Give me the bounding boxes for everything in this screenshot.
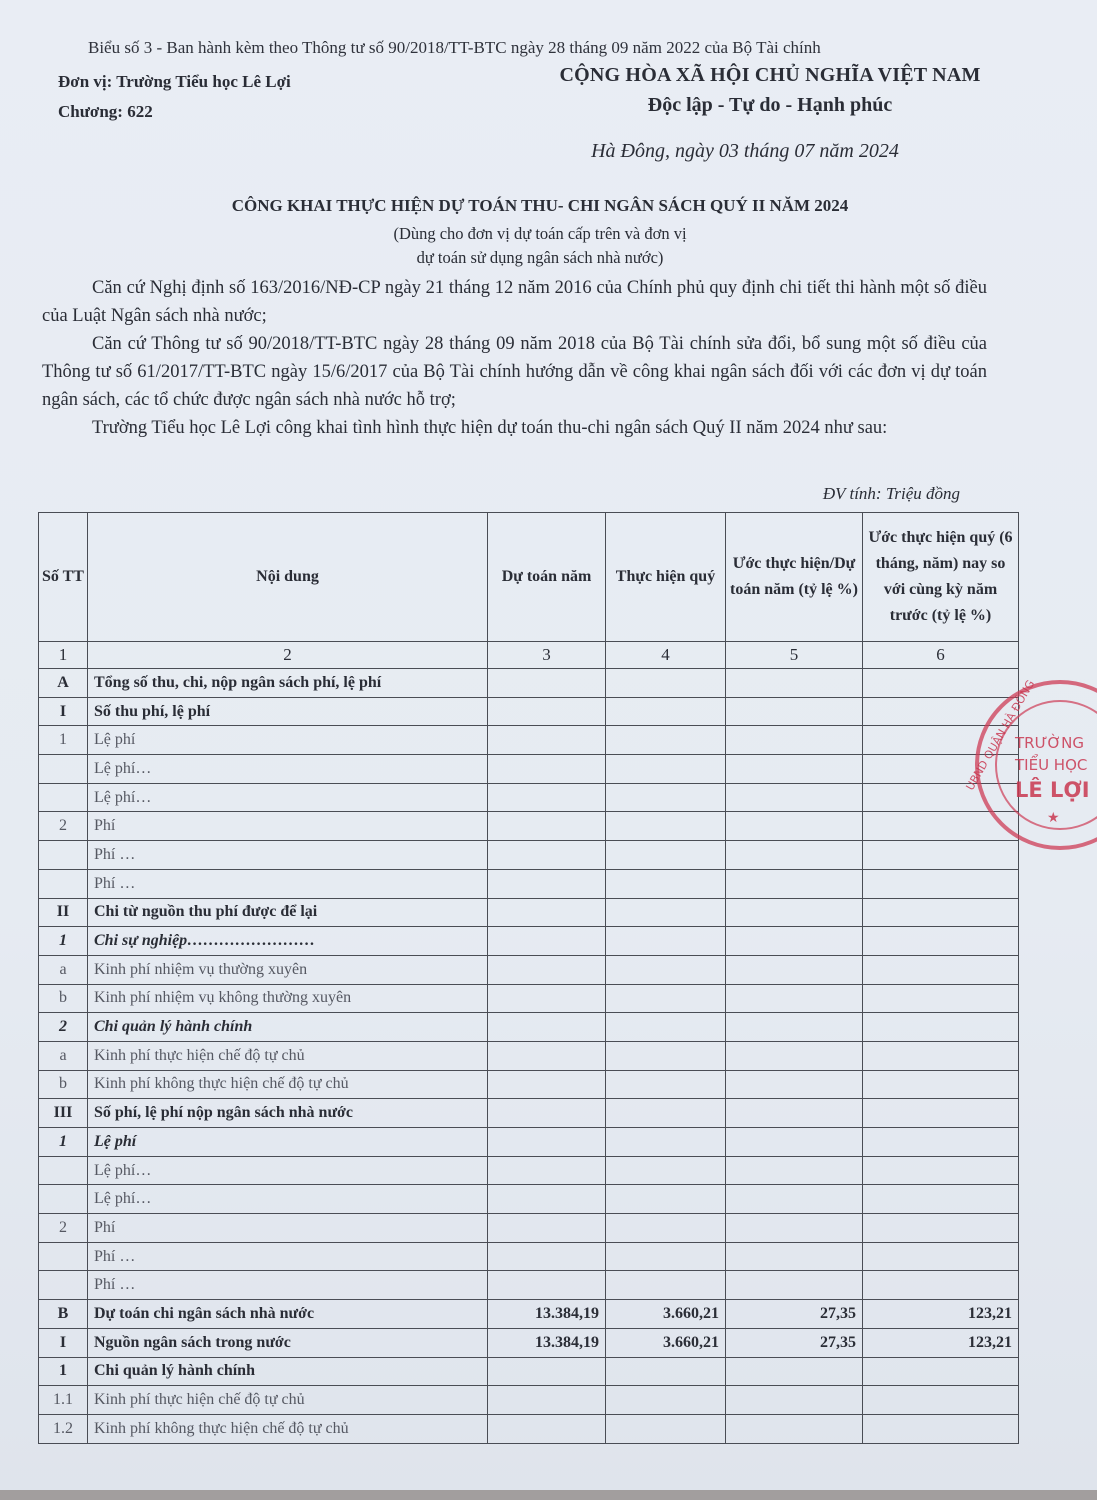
quarter-actual-cell <box>606 1041 726 1070</box>
annual-estimate-cell <box>488 1271 606 1300</box>
table-row: ATổng số thu, chi, nộp ngân sách phí, lệ… <box>39 669 1019 698</box>
row-content-cell: Phí <box>88 1214 488 1243</box>
annual-estimate-cell <box>488 1041 606 1070</box>
ratio-prior-year-cell <box>863 841 1019 870</box>
table-row: IIISố phí, lệ phí nộp ngân sách nhà nước <box>39 1099 1019 1128</box>
ratio-prior-year-cell <box>863 869 1019 898</box>
annual-estimate-cell: 13.384,19 <box>488 1328 606 1357</box>
table-row: ISố thu phí, lệ phí <box>39 697 1019 726</box>
row-number-cell: 2 <box>39 1013 88 1042</box>
table-row: 1Chi sự nghiệp…………………… <box>39 927 1019 956</box>
ratio-estimate-cell <box>726 1386 863 1415</box>
table-row: 2Chi quản lý hành chính <box>39 1013 1019 1042</box>
row-number-cell: III <box>39 1099 88 1128</box>
ratio-prior-year-cell <box>863 1099 1019 1128</box>
ratio-prior-year-cell <box>863 1242 1019 1271</box>
column-number: 2 <box>88 642 488 669</box>
table-row: Lệ phí… <box>39 1185 1019 1214</box>
quarter-actual-cell <box>606 927 726 956</box>
quarter-actual-cell <box>606 869 726 898</box>
row-content-cell: Chi từ nguồn thu phí được để lại <box>88 898 488 927</box>
row-number-cell: b <box>39 1070 88 1099</box>
unit-of-measure-note: ĐV tính: Triệu đồng <box>760 484 960 504</box>
ratio-prior-year-cell <box>863 955 1019 984</box>
ratio-estimate-cell <box>726 1099 863 1128</box>
row-number-cell <box>39 1242 88 1271</box>
ratio-prior-year-cell <box>863 1357 1019 1386</box>
row-content-cell: Lệ phí… <box>88 1185 488 1214</box>
table-row: Phí … <box>39 1242 1019 1271</box>
column-header-annual-estimate: Dự toán năm <box>488 513 606 642</box>
row-number-cell <box>39 1271 88 1300</box>
annual-estimate-cell <box>488 1185 606 1214</box>
quarter-actual-cell <box>606 812 726 841</box>
ratio-prior-year-cell <box>863 1271 1019 1300</box>
table-body: ATổng số thu, chi, nộp ngân sách phí, lệ… <box>39 669 1019 1444</box>
quarter-actual-cell <box>606 783 726 812</box>
ratio-estimate-cell <box>726 1128 863 1157</box>
ratio-estimate-cell <box>726 669 863 698</box>
row-content-cell: Kinh phí thực hiện chế độ tự chủ <box>88 1041 488 1070</box>
column-number: 6 <box>863 642 1019 669</box>
column-header-quarter-actual: Thực hiện quý <box>606 513 726 642</box>
ratio-estimate-cell <box>726 898 863 927</box>
quarter-actual-cell <box>606 726 726 755</box>
row-number-cell: II <box>39 898 88 927</box>
annual-estimate-cell <box>488 1386 606 1415</box>
ratio-estimate-cell <box>726 1041 863 1070</box>
column-number: 4 <box>606 642 726 669</box>
table-row: bKinh phí không thực hiện chế độ tự chủ <box>39 1070 1019 1099</box>
row-content-cell: Lệ phí… <box>88 783 488 812</box>
row-content-cell: Phí … <box>88 869 488 898</box>
ratio-estimate-cell <box>726 1271 863 1300</box>
legal-basis-paragraph-1: Căn cứ Nghị định số 163/2016/NĐ-CP ngày … <box>42 274 987 330</box>
row-number-cell: b <box>39 984 88 1013</box>
row-number-cell <box>39 1156 88 1185</box>
column-number-row: 1 2 3 4 5 6 <box>39 642 1019 669</box>
ratio-prior-year-cell <box>863 1070 1019 1099</box>
ratio-prior-year-cell <box>863 1128 1019 1157</box>
annual-estimate-cell <box>488 669 606 698</box>
annual-estimate-cell <box>488 869 606 898</box>
quarter-actual-cell <box>606 1128 726 1157</box>
ratio-estimate-cell <box>726 697 863 726</box>
chapter-code: Chương: 622 <box>58 102 153 122</box>
ratio-estimate-cell <box>726 869 863 898</box>
row-content-cell: Phí … <box>88 841 488 870</box>
star-icon: ★ <box>1047 810 1060 827</box>
row-number-cell <box>39 869 88 898</box>
row-content-cell: Kinh phí thực hiện chế độ tự chủ <box>88 1386 488 1415</box>
ratio-estimate-cell <box>726 812 863 841</box>
annual-estimate-cell <box>488 1128 606 1157</box>
annual-estimate-cell <box>488 1214 606 1243</box>
row-content-cell: Lệ phí <box>88 726 488 755</box>
annual-estimate-cell <box>488 1070 606 1099</box>
ratio-prior-year-cell <box>863 1386 1019 1415</box>
row-number-cell: a <box>39 1041 88 1070</box>
ratio-estimate-cell <box>726 984 863 1013</box>
column-header-ratio-prior-year: Ước thực hiện quý (6 tháng, năm) nay so … <box>863 513 1019 642</box>
table-row: 2Phí <box>39 1214 1019 1243</box>
row-content-cell: Kinh phí nhiệm vụ không thường xuyên <box>88 984 488 1013</box>
table-row: Phí … <box>39 1271 1019 1300</box>
ratio-estimate-cell <box>726 1156 863 1185</box>
table-row: 1Chi quản lý hành chính <box>39 1357 1019 1386</box>
ratio-prior-year-cell <box>863 898 1019 927</box>
stamp-line-3: LÊ LỢI <box>1015 778 1090 802</box>
ratio-estimate-cell <box>726 783 863 812</box>
quarter-actual-cell <box>606 1214 726 1243</box>
quarter-actual-cell <box>606 1099 726 1128</box>
table-row: Lệ phí… <box>39 1156 1019 1185</box>
quarter-actual-cell <box>606 955 726 984</box>
column-number: 5 <box>726 642 863 669</box>
row-number-cell: 2 <box>39 812 88 841</box>
quarter-actual-cell <box>606 1242 726 1271</box>
place-date: Hà Đông, ngày 03 tháng 07 năm 2024 <box>520 140 970 163</box>
row-content-cell: Phí <box>88 812 488 841</box>
table-row: aKinh phí thực hiện chế độ tự chủ <box>39 1041 1019 1070</box>
stamp-line-2: TIỂU HỌC <box>1015 756 1087 774</box>
column-number: 1 <box>39 642 88 669</box>
ratio-prior-year-cell <box>863 927 1019 956</box>
quarter-actual-cell <box>606 898 726 927</box>
annual-estimate-cell <box>488 984 606 1013</box>
row-content-cell: Số thu phí, lệ phí <box>88 697 488 726</box>
column-number: 3 <box>488 642 606 669</box>
annual-estimate-cell <box>488 783 606 812</box>
ratio-estimate-cell <box>726 927 863 956</box>
row-content-cell: Chi quản lý hành chính <box>88 1013 488 1042</box>
column-header-content: Nội dung <box>88 513 488 642</box>
quarter-actual-cell <box>606 697 726 726</box>
table-row: 1.1Kinh phí thực hiện chế độ tự chủ <box>39 1386 1019 1415</box>
quarter-actual-cell <box>606 1386 726 1415</box>
quarter-actual-cell <box>606 1070 726 1099</box>
row-number-cell: I <box>39 697 88 726</box>
table-row: 1.2Kinh phí không thực hiện chế độ tự ch… <box>39 1414 1019 1443</box>
form-reference-note: Biểu số 3 - Ban hành kèm theo Thông tư s… <box>88 38 821 58</box>
annual-estimate-cell <box>488 812 606 841</box>
annual-estimate-cell <box>488 1099 606 1128</box>
annual-estimate-cell <box>488 1156 606 1185</box>
annual-estimate-cell <box>488 755 606 784</box>
annual-estimate-cell <box>488 697 606 726</box>
table-row: bKinh phí nhiệm vụ không thường xuyên <box>39 984 1019 1013</box>
quarter-actual-cell <box>606 669 726 698</box>
row-content-cell: Lệ phí <box>88 1128 488 1157</box>
row-number-cell: 1 <box>39 927 88 956</box>
row-content-cell: Chi sự nghiệp…………………… <box>88 927 488 956</box>
row-number-cell: a <box>39 955 88 984</box>
row-content-cell: Kinh phí không thực hiện chế độ tự chủ <box>88 1070 488 1099</box>
ratio-prior-year-cell <box>863 669 1019 698</box>
row-content-cell: Tổng số thu, chi, nộp ngân sách phí, lệ … <box>88 669 488 698</box>
ratio-prior-year-cell: 123,21 <box>863 1300 1019 1329</box>
ratio-prior-year-cell <box>863 1041 1019 1070</box>
row-content-cell: Lệ phí… <box>88 755 488 784</box>
ratio-estimate-cell: 27,35 <box>726 1328 863 1357</box>
table-row: 1Lệ phí <box>39 1128 1019 1157</box>
row-number-cell: 1.2 <box>39 1414 88 1443</box>
row-number-cell <box>39 755 88 784</box>
ratio-estimate-cell <box>726 755 863 784</box>
row-content-cell: Phí … <box>88 1271 488 1300</box>
row-content-cell: Phí … <box>88 1242 488 1271</box>
table-row: Phí … <box>39 869 1019 898</box>
ratio-prior-year-cell <box>863 1214 1019 1243</box>
annual-estimate-cell <box>488 726 606 755</box>
quarter-actual-cell <box>606 1013 726 1042</box>
quarter-actual-cell: 3.660,21 <box>606 1300 726 1329</box>
row-content-cell: Dự toán chi ngân sách nhà nước <box>88 1300 488 1329</box>
row-number-cell <box>39 1185 88 1214</box>
ratio-estimate-cell <box>726 1214 863 1243</box>
row-number-cell <box>39 841 88 870</box>
quarter-actual-cell <box>606 1156 726 1185</box>
national-motto: Độc lập - Tự do - Hạnh phúc <box>520 94 1020 117</box>
ratio-prior-year-cell <box>863 1185 1019 1214</box>
table-row: IIChi từ nguồn thu phí được để lại <box>39 898 1019 927</box>
disclosure-paragraph: Trường Tiểu học Lê Lợi công khai tình hì… <box>42 414 987 442</box>
ratio-prior-year-cell: 123,21 <box>863 1328 1019 1357</box>
ratio-estimate-cell <box>726 1070 863 1099</box>
row-content-cell: Kinh phí nhiệm vụ thường xuyên <box>88 955 488 984</box>
quarter-actual-cell <box>606 755 726 784</box>
table-row: Phí … <box>39 841 1019 870</box>
table-row: Lệ phí… <box>39 755 1019 784</box>
table-row: Lệ phí… <box>39 783 1019 812</box>
annual-estimate-cell <box>488 1357 606 1386</box>
stamp-line-1: TRƯỜNG <box>1015 734 1084 752</box>
annual-estimate-cell <box>488 955 606 984</box>
ratio-estimate-cell <box>726 726 863 755</box>
row-number-cell: I <box>39 1328 88 1357</box>
table-row: INguồn ngân sách trong nước13.384,193.66… <box>39 1328 1019 1357</box>
ratio-prior-year-cell <box>863 1156 1019 1185</box>
annual-estimate-cell <box>488 1242 606 1271</box>
unit-name: Đơn vị: Trường Tiểu học Lê Lợi <box>58 72 291 92</box>
ratio-estimate-cell <box>726 1242 863 1271</box>
quarter-actual-cell <box>606 1185 726 1214</box>
annual-estimate-cell <box>488 898 606 927</box>
document-subtitle-line1: (Dùng cho đơn vị dự toán cấp trên và đơn… <box>60 224 1020 244</box>
ratio-prior-year-cell <box>863 984 1019 1013</box>
national-title: CỘNG HÒA XÃ HỘI CHỦ NGHĨA VIỆT NAM <box>520 64 1020 87</box>
budget-table: Số TT Nội dung Dự toán năm Thực hiện quý… <box>38 512 1019 1444</box>
row-content-cell: Nguồn ngân sách trong nước <box>88 1328 488 1357</box>
ratio-estimate-cell <box>726 1414 863 1443</box>
row-number-cell: B <box>39 1300 88 1329</box>
page-edge-shadow <box>0 1490 1097 1500</box>
ratio-estimate-cell: 27,35 <box>726 1300 863 1329</box>
quarter-actual-cell <box>606 1414 726 1443</box>
legal-basis-paragraph-2: Căn cứ Thông tư số 90/2018/TT-BTC ngày 2… <box>42 330 987 414</box>
table-row: aKinh phí nhiệm vụ thường xuyên <box>39 955 1019 984</box>
column-header-ratio-estimate: Ước thực hiện/Dự toán năm (tỷ lệ %) <box>726 513 863 642</box>
quarter-actual-cell: 3.660,21 <box>606 1328 726 1357</box>
table-row: 2Phí <box>39 812 1019 841</box>
row-number-cell: A <box>39 669 88 698</box>
document-subtitle-line2: dự toán sử dụng ngân sách nhà nước) <box>60 248 1020 268</box>
row-number-cell <box>39 783 88 812</box>
ratio-estimate-cell <box>726 1357 863 1386</box>
table-row: BDự toán chi ngân sách nhà nước13.384,19… <box>39 1300 1019 1329</box>
annual-estimate-cell <box>488 1414 606 1443</box>
quarter-actual-cell <box>606 1357 726 1386</box>
ratio-prior-year-cell <box>863 1414 1019 1443</box>
row-number-cell: 2 <box>39 1214 88 1243</box>
column-header-stt: Số TT <box>39 513 88 642</box>
quarter-actual-cell <box>606 1271 726 1300</box>
ratio-estimate-cell <box>726 1185 863 1214</box>
document-title: CÔNG KHAI THỰC HIỆN DỰ TOÁN THU- CHI NGÂ… <box>60 196 1020 216</box>
annual-estimate-cell <box>488 841 606 870</box>
ratio-estimate-cell <box>726 1013 863 1042</box>
row-content-cell: Kinh phí không thực hiện chế độ tự chủ <box>88 1414 488 1443</box>
row-number-cell: 1 <box>39 1128 88 1157</box>
row-number-cell: 1 <box>39 1357 88 1386</box>
annual-estimate-cell <box>488 927 606 956</box>
row-content-cell: Lệ phí… <box>88 1156 488 1185</box>
quarter-actual-cell <box>606 841 726 870</box>
table-header-row: Số TT Nội dung Dự toán năm Thực hiện quý… <box>39 513 1019 642</box>
ratio-estimate-cell <box>726 841 863 870</box>
annual-estimate-cell <box>488 1013 606 1042</box>
row-content-cell: Chi quản lý hành chính <box>88 1357 488 1386</box>
row-content-cell: Số phí, lệ phí nộp ngân sách nhà nước <box>88 1099 488 1128</box>
row-number-cell: 1 <box>39 726 88 755</box>
quarter-actual-cell <box>606 984 726 1013</box>
ratio-prior-year-cell <box>863 1013 1019 1042</box>
annual-estimate-cell: 13.384,19 <box>488 1300 606 1329</box>
row-number-cell: 1.1 <box>39 1386 88 1415</box>
ratio-estimate-cell <box>726 955 863 984</box>
table-row: 1Lệ phí <box>39 726 1019 755</box>
